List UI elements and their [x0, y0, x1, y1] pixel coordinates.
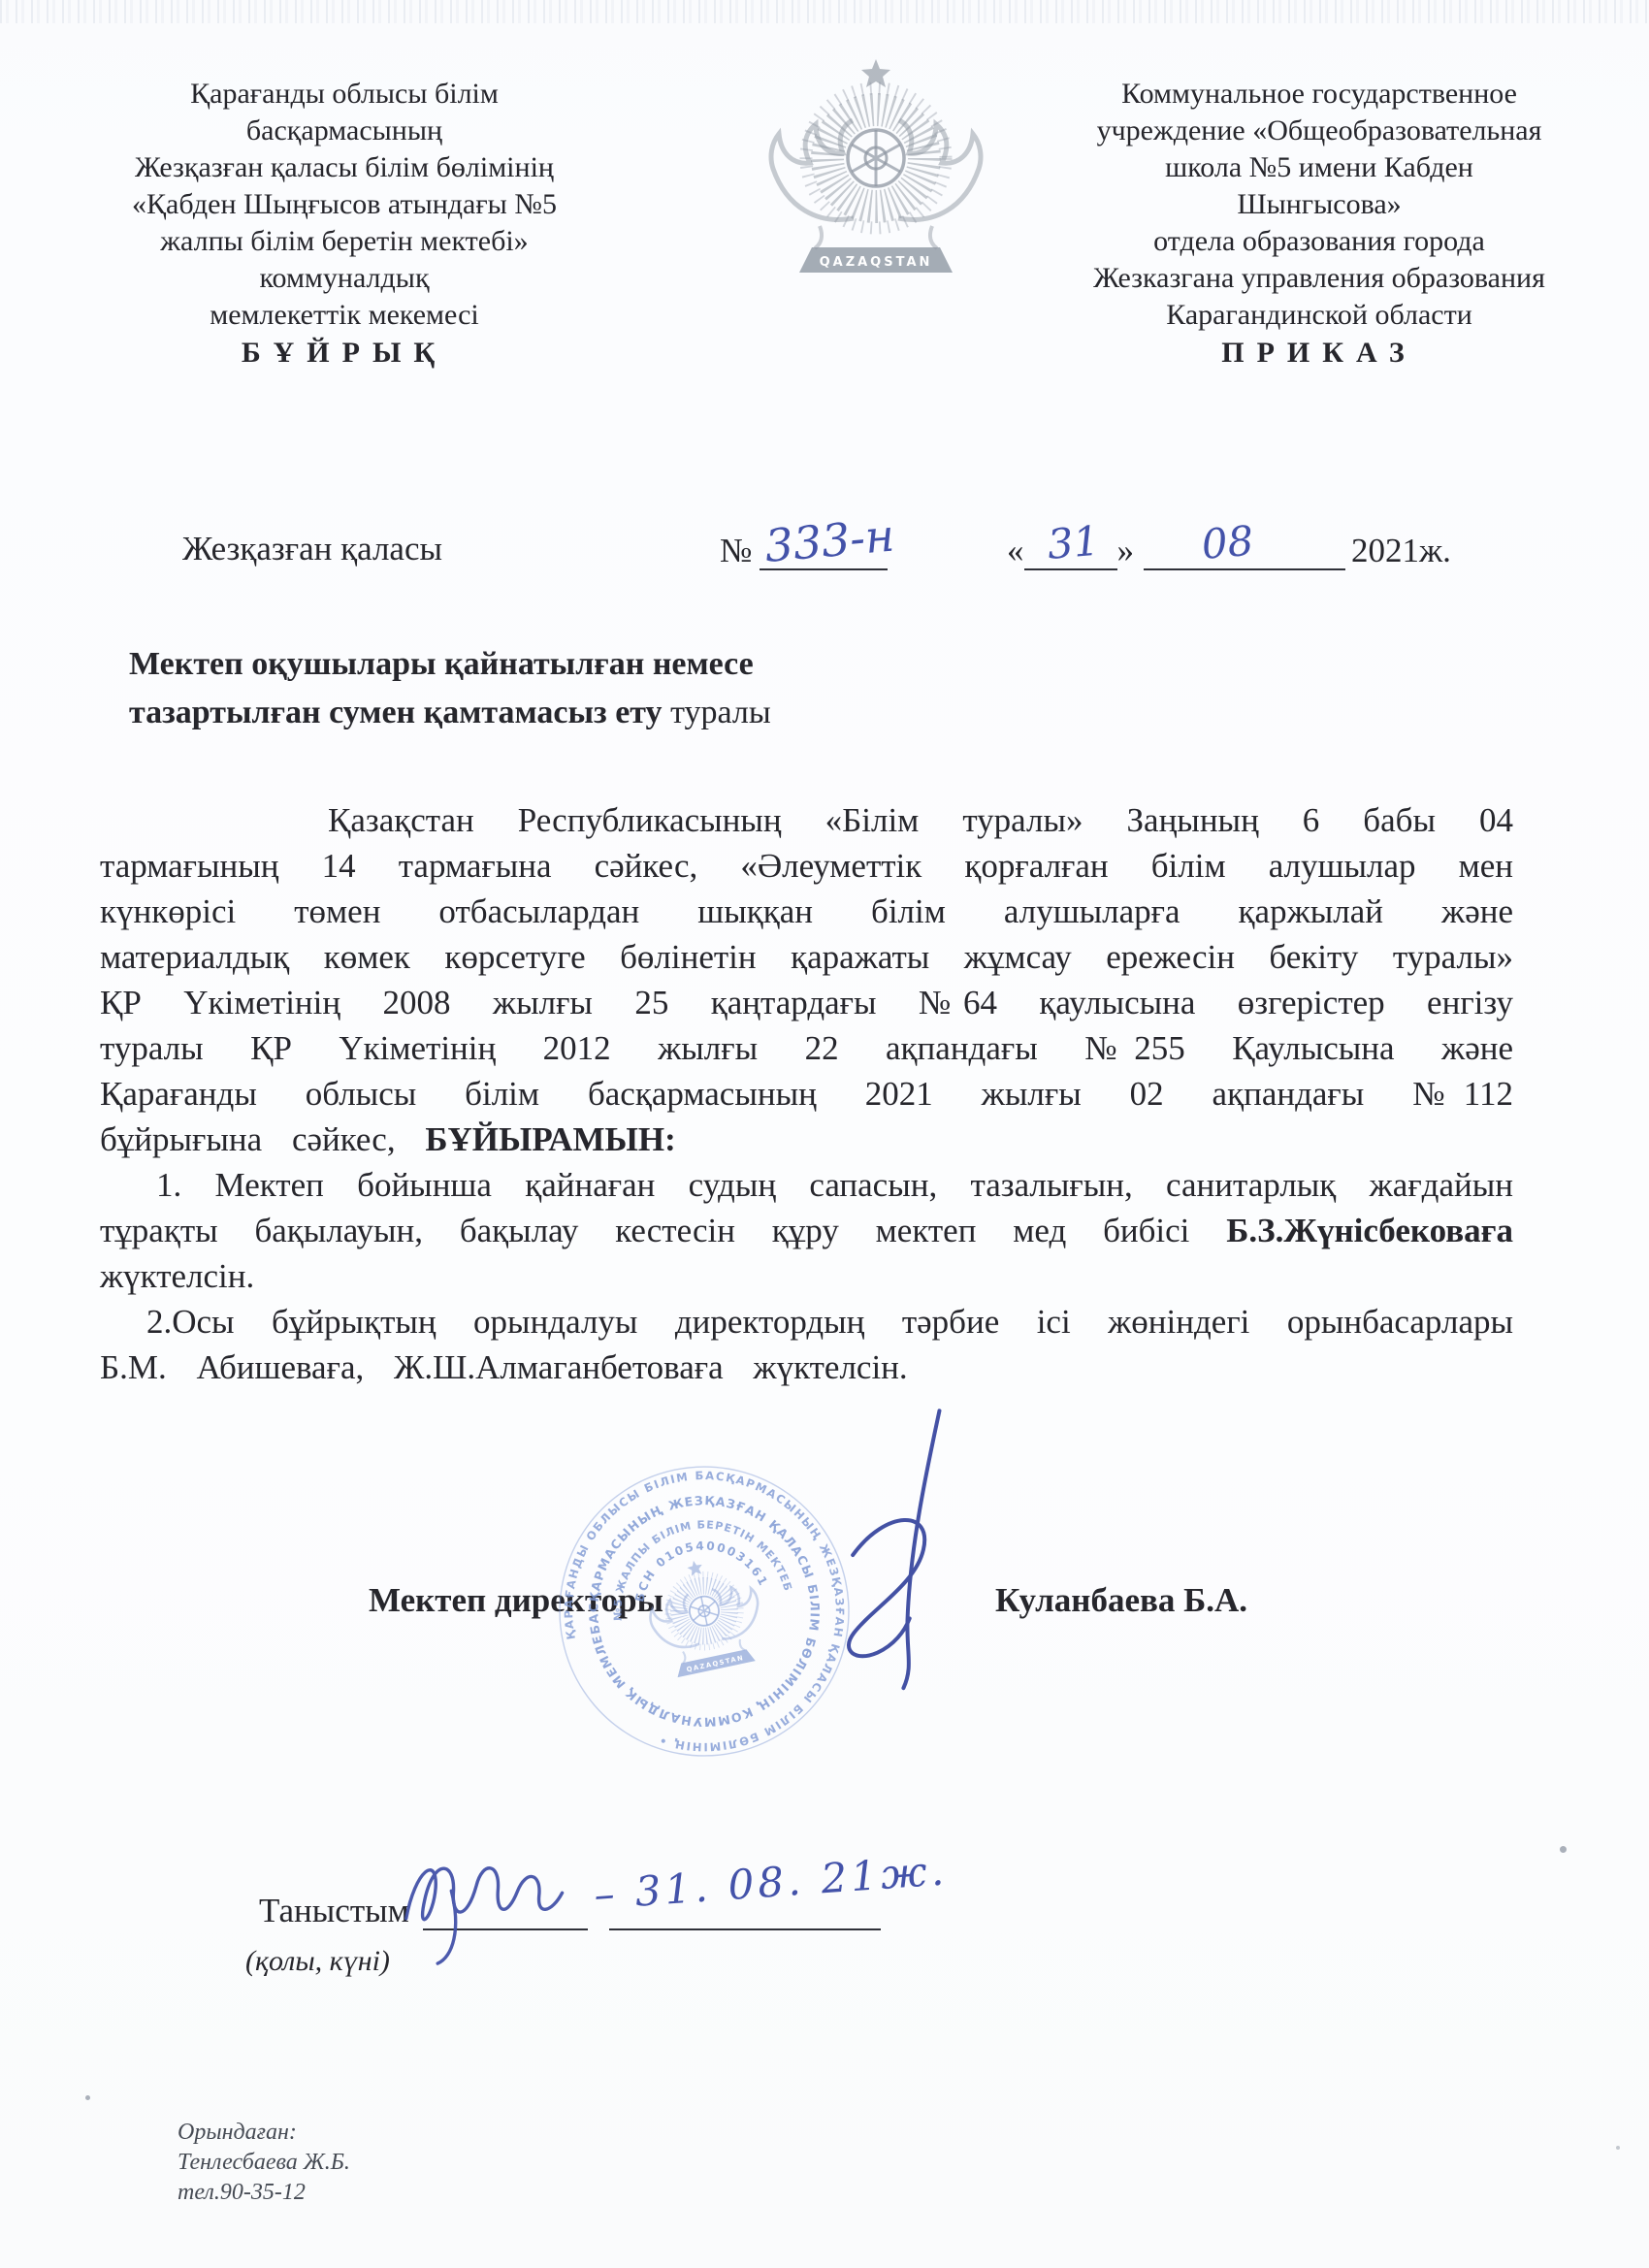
quote-close: »: [1117, 532, 1135, 569]
subject-line: тазартылған сумен қамтамасыз ету туралы: [129, 689, 1080, 737]
org-ru-line: отдела образования города: [1048, 223, 1591, 260]
year-label: 2021ж.: [1351, 532, 1451, 569]
letterhead-kazakh: Қарағанды облысы білім басқармасының Жез…: [102, 76, 587, 372]
month-handwritten: 08: [1200, 517, 1256, 568]
preamble-paragraph: Қазақстан Республикасының «Білім туралы»…: [100, 797, 1513, 1162]
signer-name: Куланбаева Б.А.: [995, 1581, 1247, 1620]
org-ru-line: учреждение «Общеобразовательная: [1048, 113, 1591, 149]
org-kk-line: «Қабден Шыңғысов атындағы №5: [102, 186, 587, 223]
number-sign: №: [720, 532, 752, 569]
org-kk-line: жалпы білім беретін мектебі»: [102, 223, 587, 260]
executor-name: Тенлесбаева Ж.Б.: [178, 2148, 350, 2178]
order-item-1: 1. Мектеп бойынша қайнаған судың сапасын…: [100, 1162, 1513, 1299]
scan-speck: [1560, 1846, 1567, 1853]
order-item-2: 2.Осы бұйрықтың орындалуы директордың тә…: [100, 1299, 1513, 1390]
subject-line: Мектеп оқушылары қайнатылған немесе: [129, 640, 1080, 689]
executor-block: Орындаған: Тенлесбаева Ж.Б. тел.90-35-12: [178, 2118, 350, 2208]
quote-open: «: [1007, 532, 1024, 569]
executor-label: Орындаған:: [178, 2118, 350, 2148]
issue-city: Жезқазған қаласы: [182, 530, 442, 568]
document-type-kk: БҰЙРЫҚ: [102, 335, 587, 372]
item1-responsible-name: Б.З.Жүнісбековаға: [1226, 1212, 1513, 1249]
executor-phone: тел.90-35-12: [178, 2178, 350, 2208]
org-ru-line: Коммунальное государственное: [1048, 76, 1591, 113]
acknowledgement-caption: (қолы, күні): [245, 1945, 390, 1978]
number-date-row: Жезқазған қаласы №333-н «31»082021ж.: [0, 524, 1649, 592]
org-ru-line: Шынгысова»: [1048, 186, 1591, 223]
day-line: 31: [1024, 530, 1117, 570]
order-verb: БҰЙЫРАМЫН:: [425, 1120, 675, 1158]
org-ru-line: Жезказгана управления образования: [1048, 260, 1591, 297]
order-number-group: №333-н: [720, 530, 888, 570]
scan-noise-band: [0, 0, 1649, 23]
letterhead-russian: Коммунальное государственное учреждение …: [1048, 76, 1591, 372]
subject-line-bold: тазартылған сумен қамтамасыз ету: [129, 695, 663, 730]
org-kk-line: Қарағанды облысы білім: [102, 76, 587, 113]
month-line: 08: [1144, 530, 1345, 570]
preamble-text: Қазақстан Республикасының «Білім туралы»…: [100, 801, 1513, 1158]
scan-speck: [85, 2095, 90, 2100]
order-number-line: 333-н: [760, 530, 888, 570]
order-subject: Мектеп оқушылары қайнатылған немесе таза…: [129, 640, 1080, 737]
org-kk-line: мемлекеттік мекемесі: [102, 297, 587, 334]
scan-speck: [1616, 2146, 1620, 2150]
order-body: Қазақстан Республикасының «Білім туралы»…: [100, 797, 1513, 1390]
org-ru-line: школа №5 имени Кабден: [1048, 149, 1591, 186]
day-handwritten: 31: [1045, 517, 1101, 568]
director-signature: [830, 1403, 986, 1700]
order-date-group: «31»082021ж.: [1007, 530, 1451, 570]
document-type-ru: ПРИКАЗ: [1048, 335, 1591, 372]
org-kk-line: Жезқазған қаласы білім бөлімінің: [102, 149, 587, 186]
org-ru-line: Карагандинской области: [1048, 297, 1591, 334]
item1-text-end: жүктелсін.: [100, 1257, 254, 1295]
subject-line-tail: туралы: [663, 695, 771, 730]
org-kk-line: коммуналдық: [102, 260, 587, 297]
order-number-handwritten: 333-н: [763, 509, 897, 572]
scanned-order-document: QAZAQSTAN Қарағанды облысы білім басқарм…: [0, 0, 1649, 2268]
org-kk-line: басқармасының: [102, 113, 587, 149]
kazakhstan-emblem-icon: [760, 54, 992, 299]
acknowledgement-label: Таныстым: [259, 1892, 409, 1929]
